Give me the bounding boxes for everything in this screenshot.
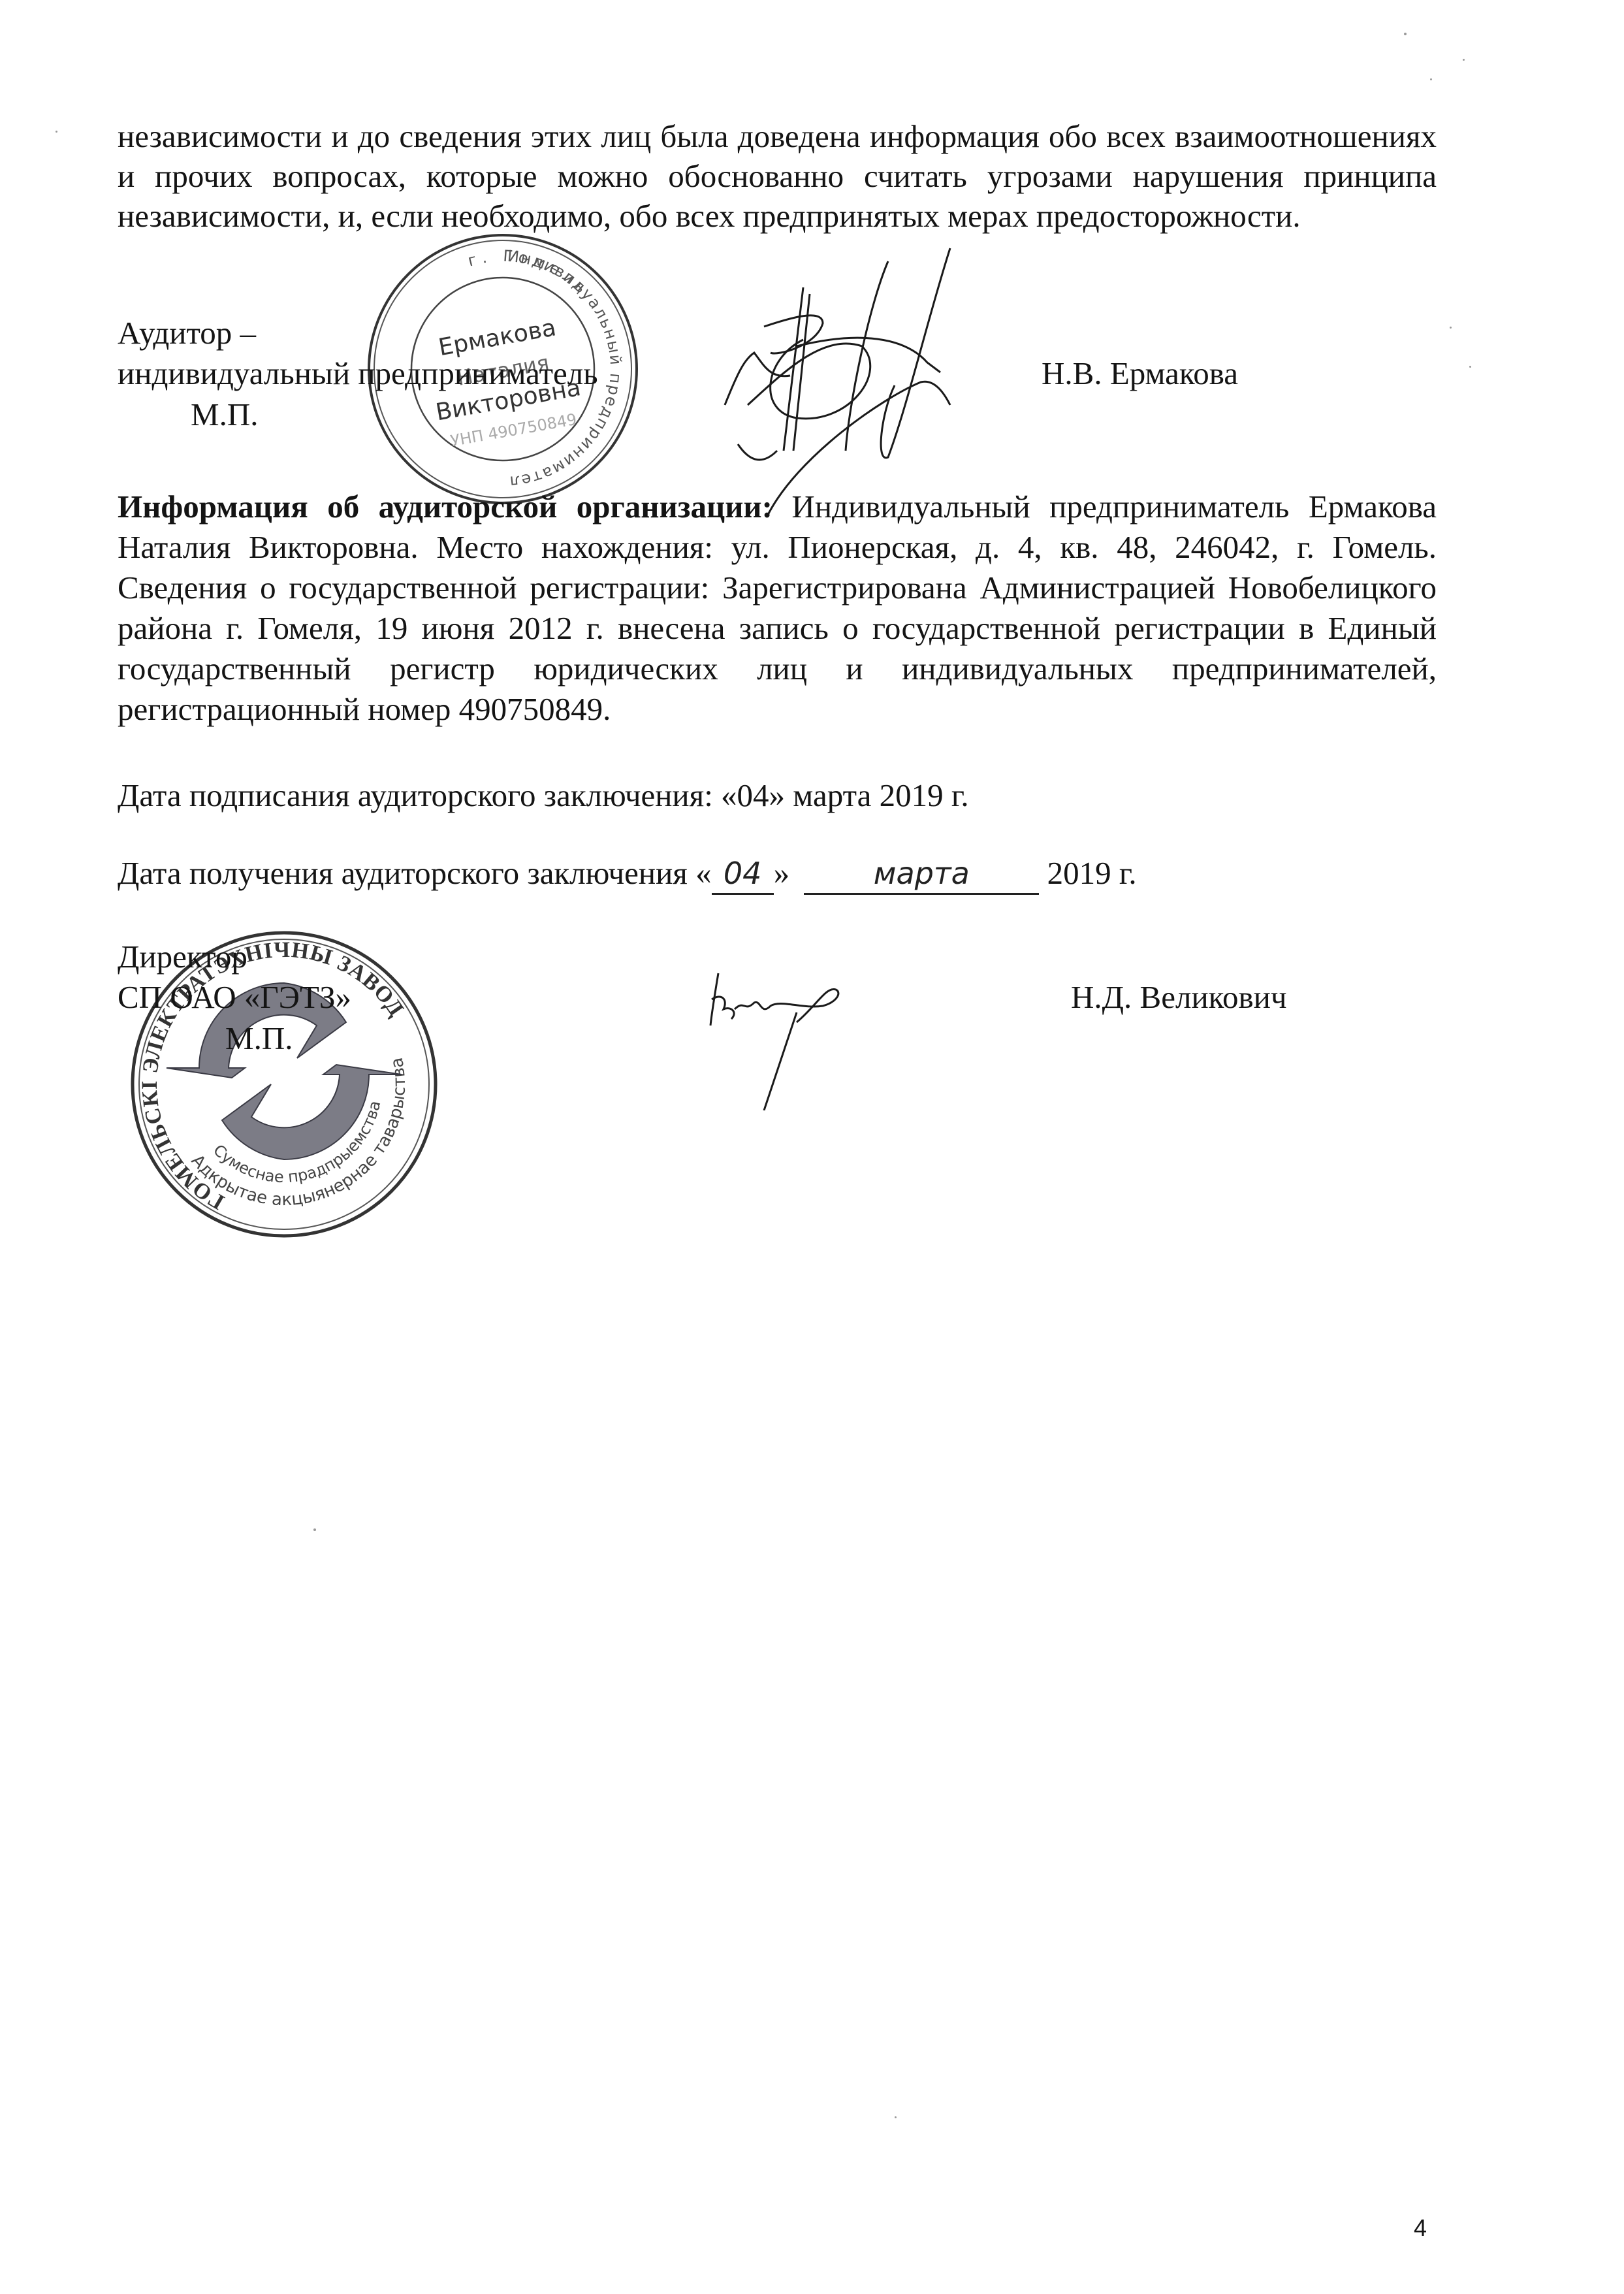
- scan-speck: [1430, 78, 1432, 80]
- scan-speck: [1469, 366, 1471, 368]
- receipt-date: Дата получения аудиторского заключения «…: [118, 854, 1137, 895]
- page-number: 4: [1414, 2214, 1427, 2242]
- scan-speck: [1450, 327, 1452, 329]
- receipt-day-field: 04: [712, 854, 774, 895]
- director-seal-mark: М.П.: [225, 1019, 293, 1058]
- org-info-paragraph: Информация об аудиторской организации: И…: [118, 487, 1437, 730]
- signing-date: Дата подписания аудиторского заключения:…: [118, 776, 969, 815]
- document-page: независимости и до сведения этих лиц был…: [0, 0, 1624, 2294]
- receipt-month-handwritten: марта: [874, 856, 970, 891]
- director-title-line2: СП ОАО «ГЭТЗ»: [118, 978, 351, 1017]
- auditor-seal-mark: М.П.: [191, 395, 258, 434]
- scan-speck: [313, 1528, 316, 1531]
- receipt-date-suffix: 2019 г.: [1047, 855, 1137, 891]
- director-title-line1: Директор: [118, 937, 247, 977]
- scan-speck: [895, 2116, 897, 2118]
- director-signature: [705, 954, 914, 1110]
- auditor-title-line1: Аудитор –: [118, 314, 256, 353]
- org-info-label: Информация об аудиторской организации:: [118, 489, 772, 525]
- paragraph-independence: независимости и до сведения этих лиц был…: [118, 116, 1437, 236]
- receipt-month-field: марта: [804, 854, 1039, 895]
- receipt-date-mid: »: [774, 855, 790, 891]
- receipt-day-handwritten: 04: [724, 856, 762, 891]
- scan-speck: [1404, 33, 1407, 35]
- receipt-date-prefix: Дата получения аудиторского заключения «: [118, 855, 712, 891]
- auditor-name: Н.В. Ермакова: [1042, 354, 1238, 393]
- scan-speck: [1463, 59, 1465, 61]
- auditor-title-line2: индивидуальный предприниматель: [118, 354, 598, 393]
- scan-speck: [56, 131, 57, 133]
- auditor-signature: [718, 242, 966, 516]
- director-name: Н.Д. Великович: [1071, 978, 1287, 1017]
